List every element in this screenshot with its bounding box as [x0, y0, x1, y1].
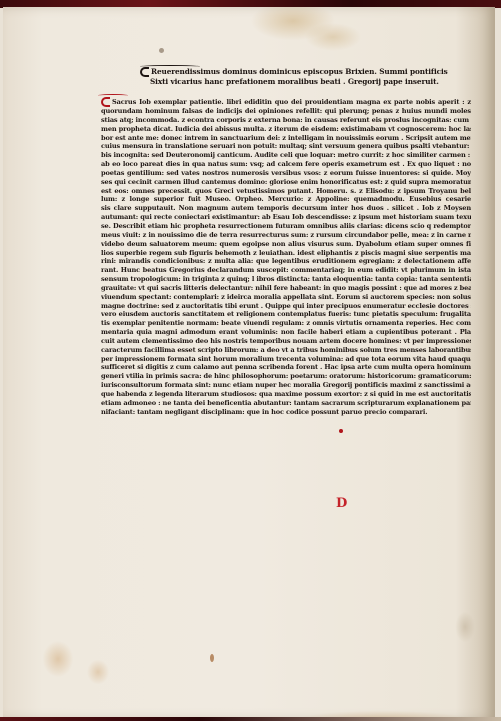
text-line: stias atq; incommoda. z econtra corporis…: [101, 116, 471, 125]
text-line-content: Sacrus Iob exemplar patientie. libri edi…: [112, 98, 471, 106]
text-line: viuendum spectant: contemplari: z ideirc…: [101, 293, 471, 302]
text-line: grauitate: vt qui sacris litteris delect…: [101, 284, 471, 293]
text-line: caracterum facillima esset scripto libro…: [101, 346, 471, 355]
text-line: iurisconsultorum formata sint: nunc etia…: [101, 381, 471, 390]
signature-mark: D: [336, 496, 347, 511]
heading-text: Reuerendissimus dominus dominicus episco…: [151, 67, 448, 76]
text-line: cuius mensura in translatione seruari no…: [101, 142, 471, 151]
text-line: meus viuit: z in nouissimo die de terra …: [101, 231, 471, 240]
text-line: men propheta dicat. Iudicia dei abissus …: [101, 125, 471, 134]
text-line: quorundam hominum falsas de indicijs dei…: [101, 107, 471, 116]
rubric-paragraph-mark-icon: [101, 97, 110, 107]
text-line: rini: mirandis condicionibus: z multa al…: [101, 257, 471, 266]
paragraph-mark-icon: [140, 67, 149, 77]
prefatory-heading: Reuerendissimus dominus dominicus episco…: [140, 67, 440, 86]
stain-mark: [159, 48, 164, 53]
text-line: lum: z longe superior fuit Museo. Orpheo…: [101, 195, 471, 204]
text-line: cuit autem clementissimo deo his nostris…: [101, 337, 471, 346]
text-line: bis incognita: sed Deuteronomij canticum…: [101, 151, 471, 160]
text-line: se. Describit etiam hic propheta resurre…: [101, 222, 471, 231]
red-ink-blot: [339, 429, 343, 433]
text-line: sis clare supputauit. Non magnum autem t…: [101, 204, 471, 213]
text-line: poetas gentilium: sed vates nostros nume…: [101, 169, 471, 178]
heading-line: Reuerendissimus dominus dominicus episco…: [140, 67, 440, 77]
text-line: sufficeret si digitis z cum calamo aut p…: [101, 363, 471, 372]
text-line: vero eiusdem auctoris sanctitatem et rel…: [101, 310, 471, 319]
text-line: lios superbie regem sub figuris behemoth…: [101, 249, 471, 258]
text-line: rant. Hunc beatus Gregorius declarandum …: [101, 266, 471, 275]
text-line: per impressionem formata sint horum mora…: [101, 355, 471, 364]
text-line: videbo deum saluatorem meum: quem egoips…: [101, 240, 471, 249]
heading-line: Sixti vicarius hanc prefationem moralibu…: [140, 77, 440, 86]
text-line: est eos: omnes precessit. quos Greci vet…: [101, 187, 471, 196]
text-line: bor est ante me: donec intrem in sanctua…: [101, 134, 471, 143]
text-line: tis exemplar penitentie normam: beate vi…: [101, 319, 471, 328]
stain-mark: [210, 654, 214, 662]
text-line: autumant: qui recte coniectari existiman…: [101, 213, 471, 222]
text-line: magne doctrine: sed z auctoritatis tibi …: [101, 302, 471, 311]
main-text-block: Sacrus Iob exemplar patientie. libri edi…: [101, 97, 471, 417]
text-line: que habenda z legenda literarum studioso…: [101, 390, 471, 399]
text-line: sensum tropologicum: in triginta z quinq…: [101, 275, 471, 284]
text-line: ab eo loco pareat dies in qua natus sum:…: [101, 160, 471, 169]
text-line: ses qui cecinit carmen illud cantemus do…: [101, 178, 471, 187]
text-line: Sacrus Iob exemplar patientie. libri edi…: [101, 97, 471, 107]
text-line: generi vtilia in primis sacra: de hinc p…: [101, 372, 471, 381]
text-line: etiam admoneo : ne tanta dei beneficenti…: [101, 399, 471, 408]
text-line: nifaciant: tantam negligant disciplinam:…: [101, 408, 471, 417]
book-binding-edge-bottom: [0, 717, 501, 721]
text-line: mentaria quia magni admodum erant volumi…: [101, 328, 471, 337]
